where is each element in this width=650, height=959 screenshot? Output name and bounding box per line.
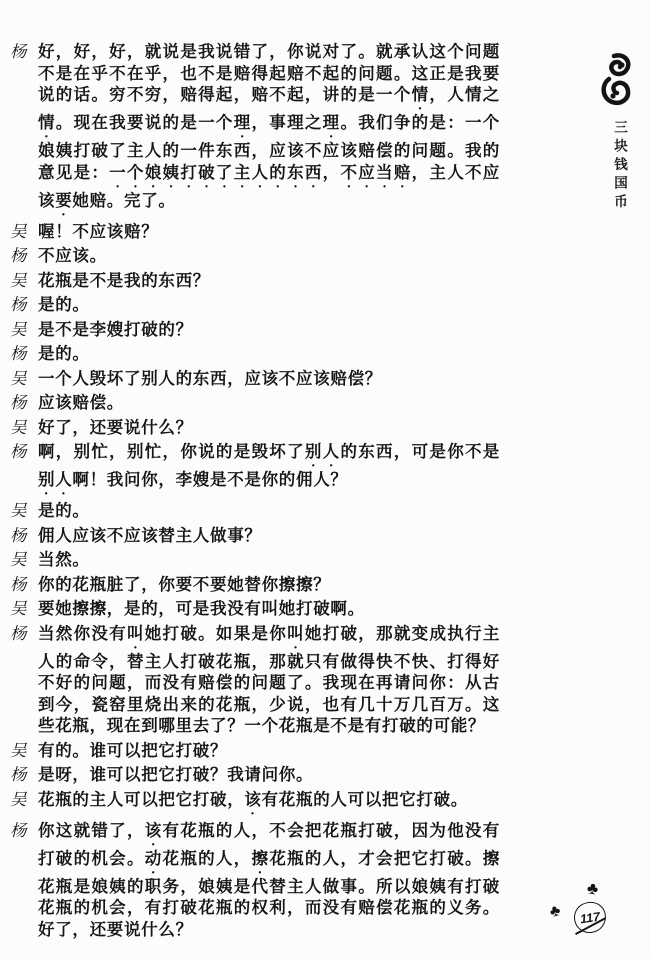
- plain-text: ，人情之: [429, 86, 500, 104]
- speech-text: 是不是李嫂打破的？: [38, 320, 500, 342]
- dialogue-row: 吴一个人毁坏了别人的东西，应该不应该赔偿？: [10, 369, 504, 391]
- speaker-label: 吴: [10, 501, 38, 523]
- plain-text: 是的。: [38, 502, 90, 520]
- margin-title: 三块钱国币: [609, 120, 629, 213]
- plain-text: 花瓶的主人可以把它打破，: [38, 791, 244, 809]
- emphasized-text: 情: [38, 114, 56, 132]
- page-number: 117: [579, 909, 601, 926]
- plain-text: 花瓶的人，: [163, 850, 252, 868]
- plain-text: 有花瓶的人可以把它打破。: [262, 791, 468, 809]
- speech-text: 不应该。: [38, 246, 500, 268]
- plain-text: 你的花瓶脏了，你要不要她替你擦擦？: [38, 576, 330, 594]
- emphasized-text: 理: [323, 114, 341, 132]
- speaker-label: 吴: [10, 741, 38, 763]
- dialogue-row: 杨啊，别忙，别忙，你说的是毁坏了别人的东西，可是你不是别人啊！我问你，李嫂是不是…: [10, 442, 504, 498]
- plain-text: 是呀，谁可以把它打破？我请问你。: [38, 766, 313, 784]
- emphasized-text: 要: [55, 192, 72, 210]
- page-number-ornament: ♣ ♣ 117: [550, 887, 608, 937]
- speech-text: 花瓶的主人可以把它打破，该有花瓶的人可以把它打破。: [38, 790, 500, 818]
- plain-text: ，: [323, 164, 341, 182]
- plain-text: 的东西，可是你不是: [340, 443, 500, 461]
- speaker-label: 吴: [10, 320, 38, 342]
- plain-text: 她打破。如果是你: [145, 625, 287, 643]
- speaker-label: 杨: [10, 821, 38, 843]
- plain-text: 是的。: [38, 345, 90, 363]
- speech-text: 花瓶是不是我的东西？: [38, 271, 500, 293]
- dialogue-row: 吴好了，还要说什么？: [10, 418, 504, 440]
- dialogue-row: 吴是的。: [10, 501, 504, 523]
- speech-text: 是的。: [38, 295, 500, 317]
- speaker-label: 杨: [10, 246, 38, 268]
- emphasized-text: 该: [145, 822, 163, 840]
- speech-text: 当然你没有叫她打破。如果是你叫她打破，那就变成执行主人的命令，替主人打破花瓶，那…: [38, 624, 500, 738]
- speech-text: 要她擦擦，是的，可是我没有叫她打破啊。: [38, 599, 500, 621]
- dialogue-row: 吴要她擦擦，是的，可是我没有叫她打破啊。: [10, 599, 504, 621]
- plain-text: 花瓶是不是我的东西？: [38, 272, 210, 290]
- dialogue-row: 吴有的。谁可以把它打破？: [10, 741, 504, 763]
- speech-text: 喔！不应该赔？: [38, 222, 500, 244]
- plain-text: 喔！不应该赔？: [38, 223, 158, 241]
- plain-text: 当然你没有: [38, 625, 127, 643]
- plain-text: 。现在我要说的是一个: [56, 114, 234, 132]
- emphasized-text: 动: [145, 850, 163, 868]
- speaker-label: 杨: [10, 765, 38, 787]
- speech-text: 一个人毁坏了别人的东西，应该不应该赔偿？: [38, 369, 500, 391]
- emphasized-text: 叫: [287, 625, 305, 643]
- speaker-label: 杨: [10, 442, 38, 464]
- speech-text: 你这就错了，该有花瓶的人，不会把花瓶打破，因为他没有打破的机会。动花瓶的人，擦花…: [38, 821, 500, 942]
- plain-text: ，事理之: [252, 114, 323, 132]
- speaker-label: 吴: [10, 599, 38, 621]
- dialogue-row: 杨是的。: [10, 295, 504, 317]
- dialogue-row: 杨当然你没有叫她打破。如果是你叫她打破，那就变成执行主人的命令，替主人打破花瓶，…: [10, 624, 504, 738]
- plain-text: 她赔。完了。: [72, 192, 175, 210]
- emphasized-text: 别人: [38, 471, 72, 489]
- emphasized-text: 别人: [305, 443, 341, 461]
- speaker-label: 吴: [10, 790, 38, 812]
- plain-text: 啊！我问你，李嫂是不是你的佣人？: [72, 471, 347, 489]
- dialogue-row: 杨应该赔偿。: [10, 393, 504, 415]
- speech-text: 好了，还要说什么？: [38, 418, 500, 440]
- dialogue-row: 杨是的。: [10, 344, 504, 366]
- dialogue-row: 吴花瓶的主人可以把它打破，该有花瓶的人可以把它打破。: [10, 790, 504, 818]
- plain-text: 是的。: [38, 296, 90, 314]
- dialogue-row: 杨你的花瓶脏了，你要不要她替你擦擦？: [10, 575, 504, 597]
- emphasized-text: 擦: [252, 850, 270, 868]
- plain-text: 一个人毁坏了别人的东西，应该不应该赔偿？: [38, 370, 382, 388]
- speaker-label: 杨: [10, 42, 38, 64]
- speaker-label: 杨: [10, 624, 38, 646]
- speech-text: 佣人应该不应该替主人做事？: [38, 526, 500, 548]
- plain-text: 应该赔偿。: [38, 394, 124, 412]
- plain-text: 是不是李嫂打破的？: [38, 321, 193, 339]
- speaker-label: 杨: [10, 295, 38, 317]
- speech-text: 是的。: [38, 344, 500, 366]
- dialogue-area: 杨好，好，好，就说是我说错了，你说对了。就承认这个问题不是在乎不在乎，也不是赔得…: [10, 42, 504, 944]
- dialogue-row: 杨好，好，好，就说是我说错了，你说对了。就承认这个问题不是在乎不在乎，也不是赔得…: [10, 42, 504, 219]
- speaker-label: 吴: [10, 222, 38, 244]
- dialogue-row: 杨是呀，谁可以把它打破？我请问你。: [10, 765, 504, 787]
- book-page: 杨好，好，好，就说是我说错了，你说对了。就承认这个问题不是在乎不在乎，也不是赔得…: [0, 0, 650, 959]
- plain-text: 当然。: [38, 551, 90, 569]
- speech-text: 是的。: [38, 501, 500, 523]
- plain-text: 你这就错了，: [38, 822, 145, 840]
- plain-text: 要她擦擦，是的，可是我没有叫她打破啊。: [38, 600, 365, 618]
- page-number-circle: 117: [572, 900, 608, 935]
- dialogue-row: 杨你这就错了，该有花瓶的人，不会把花瓶打破，因为他没有打破的机会。动花瓶的人，擦…: [10, 821, 504, 942]
- speaker-label: 吴: [10, 271, 38, 293]
- dialogue-row: 吴花瓶是不是我的东西？: [10, 271, 504, 293]
- plain-text: 有的。谁可以把它打破？: [38, 742, 227, 760]
- club-icon: ♣: [586, 878, 600, 899]
- dialogue-row: 杨佣人应该不应该替主人做事？: [10, 526, 504, 548]
- emphasized-text: 该: [244, 791, 261, 809]
- emphasized-text: 理: [234, 114, 252, 132]
- dialogue-row: 吴喔！不应该赔？: [10, 222, 504, 244]
- speech-text: 应该赔偿。: [38, 393, 500, 415]
- speaker-label: 杨: [10, 344, 38, 366]
- dialogue-row: 吴是不是李嫂打破的？: [10, 320, 504, 342]
- speech-text: 当然。: [38, 550, 500, 572]
- speech-text: 好，好，好，就说是我说错了，你说对了。就承认这个问题不是在乎不在乎，也不是赔得起…: [38, 42, 500, 219]
- emphasized-text: 不应当赔: [340, 164, 411, 182]
- club-icon: ♣: [548, 902, 563, 922]
- speaker-label: 吴: [10, 418, 38, 440]
- speech-text: 是呀，谁可以把它打破？我请问你。: [38, 765, 500, 787]
- emphasized-text: 一个娘姨打破了主人的东西: [109, 164, 323, 182]
- floral-flourish-icon: [596, 52, 632, 110]
- speaker-label: 吴: [10, 550, 38, 572]
- speaker-label: 杨: [10, 575, 38, 597]
- emphasized-text: 情: [412, 86, 430, 104]
- speech-text: 你的花瓶脏了，你要不要她替你擦擦？: [38, 575, 500, 597]
- emphasized-text: 叫: [127, 625, 145, 643]
- speech-text: 啊，别忙，别忙，你说的是毁坏了别人的东西，可是你不是别人啊！我问你，李嫂是不是你…: [38, 442, 500, 498]
- plain-text: 不应该。: [38, 247, 107, 265]
- speaker-label: 杨: [10, 526, 38, 548]
- speaker-label: 吴: [10, 369, 38, 391]
- plain-text: 好了，还要说什么？: [38, 419, 193, 437]
- plain-text: 佣人应该不应该替主人做事？: [38, 527, 262, 545]
- plain-text: 啊，别忙，别忙，你说的是毁坏了: [38, 443, 305, 461]
- speaker-label: 杨: [10, 393, 38, 415]
- speech-text: 有的。谁可以把它打破？: [38, 741, 500, 763]
- dialogue-row: 杨不应该。: [10, 246, 504, 268]
- dialogue-row: 吴当然。: [10, 550, 504, 572]
